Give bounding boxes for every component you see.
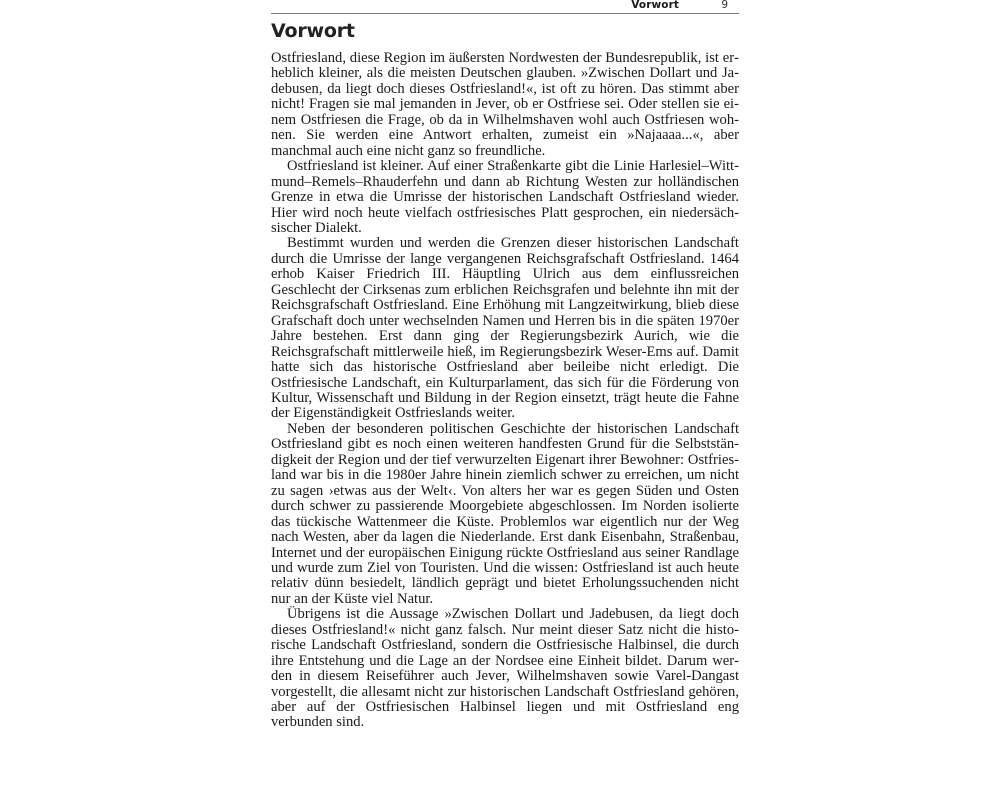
paragraph-5: Übrigens ist die Aussage »Zwischen Dolla…: [271, 607, 739, 731]
running-head-title: Vorwort: [631, 0, 679, 12]
running-head: Vorwort 9: [271, 0, 739, 14]
paragraph-3: Bestimmt wurden und werden die Grenzen d…: [271, 236, 739, 421]
chapter-title: Vorwort: [271, 19, 355, 43]
page-number: 9: [721, 0, 728, 12]
paragraph-4: Neben der besonderen politischen Geschic…: [271, 422, 739, 607]
paragraph-1: Ostfriesland, diese Region im äußersten …: [271, 51, 739, 159]
book-page: Vorwort 9 Vorwort Ostfriesland, diese Re…: [271, 0, 739, 14]
paragraph-2: Ostfriesland ist kleiner. Auf einer Stra…: [271, 159, 739, 236]
body-text: Ostfriesland, diese Region im äußersten …: [271, 51, 739, 731]
